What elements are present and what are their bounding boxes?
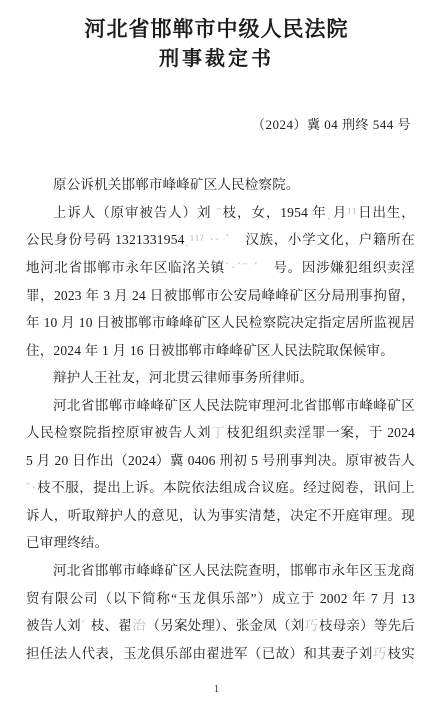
text-segment: 枝、翟 xyxy=(91,618,132,633)
text-segment: 年 10 月 10 日被邯郸市峰峰矿区人民检察院决定指定居所监视居 xyxy=(26,315,415,330)
page-number-footer: 1 xyxy=(0,684,433,695)
text-segment: 辩护人王社友，河北贯云律师事务所律师。 xyxy=(53,370,313,385)
text-segment: 日出生， xyxy=(357,205,415,220)
text-segment: 诉人，听取辩护人的意见，认为事实清楚，决定不开庭审理。现 xyxy=(26,508,415,523)
redacted-text: ˏ¹¹ˀ ·· ˋ xyxy=(185,232,232,247)
text-segment: 号。因涉嫌犯组织卖淫 xyxy=(259,260,415,275)
text-segment: 已审理终结。 xyxy=(26,535,108,550)
text-segment: 住，2024 年 1 月 16 日被邯郸市峰峰矿区人民法院取保候审。 xyxy=(26,343,394,358)
text-segment: （另案处理）、张金凤（刘 xyxy=(147,618,305,633)
document-line: 住，2024 年 1 月 16 日被邯郸市峰峰矿区人民法院取保候审。 xyxy=(26,337,415,365)
document-type-title: 刑事裁定书 xyxy=(0,46,433,72)
document-line: 被告人刘ˊ 枝、翟治（另案处理）、张金凤（刘巧枝母亲）等先后 xyxy=(26,612,415,640)
text-segment: 人民检察院指控原审被告人刘 xyxy=(26,425,211,440)
document-line: 人民检察院指控原审被告人刘丁枝犯组织卖淫罪一案，于 2024 年 xyxy=(26,419,415,447)
text-segment: 枝，女，1954 年 xyxy=(222,205,327,220)
document-line: 诉人，听取辩护人的意见，认为事实清楚，决定不开庭审理。现 xyxy=(26,502,415,530)
redacted-text: ¹¹ xyxy=(347,205,357,220)
document-line: 罪，2023 年 3 月 24 日被邯郸市公安局峰峰矿区分局刑事拘留，同 xyxy=(26,282,415,310)
document-line: 已审理终结。 xyxy=(26,529,415,557)
court-name-title: 河北省邯郸市中级人民法院 xyxy=(0,0,433,43)
document-page: 河北省邯郸市中级人民法院 刑事裁定书 （2024）冀 04 刑终 544 号 原… xyxy=(0,0,433,705)
document-line: 原公诉机关邯郸市峰峰矿区人民检察院。 xyxy=(26,171,415,199)
document-line: 年 10 月 10 日被邯郸市峰峰矿区人民检察院决定指定居所监视居 xyxy=(26,309,415,337)
text-segment: 5 月 20 日作出（2024）冀 0406 刑初 5 号刑事判决。原审被告人刘 xyxy=(26,453,415,475)
redacted-text: 巧 xyxy=(304,618,319,633)
document-line: 公民身份号码 1321331954ˏ¹¹ˀ ·· ˋ 汉族，小学文化，户籍所在 xyxy=(26,226,415,254)
text-segment: 贸有限公司（以下简称“玉龙俱乐部”）成立于 2002 年 7 月 13 日， xyxy=(26,591,415,613)
document-line: 5 月 20 日作出（2024）冀 0406 刑初 5 号刑事判决。原审被告人刘 xyxy=(26,447,415,475)
redacted-text: 巧 xyxy=(373,646,388,661)
text-segment: 河北省邯郸市峰峰矿区人民法院查明，邯郸市永年区玉龙商 xyxy=(53,563,415,578)
text-segment: 被告人刘 xyxy=(26,618,81,633)
text-segment: 河北省邯郸市峰峰矿区人民法院审理河北省邯郸市峰峰矿区 xyxy=(53,398,415,413)
redacted-text: ˊ·ˋ¨ ˊ xyxy=(225,260,259,275)
document-line: 河北省邯郸市峰峰矿区人民法院查明，邯郸市永年区玉龙商 xyxy=(26,557,415,585)
document-line: 担任法人代表，玉龙俱乐部由翟进军（已故）和其妻子刘巧枝实 xyxy=(26,640,415,668)
text-segment: 罪，2023 年 3 月 24 日被邯郸市公安局峰峰矿区分局刑事拘留，同 xyxy=(26,288,415,310)
redacted-text: 治 xyxy=(132,618,147,633)
text-segment: 公民身份号码 1321331954 xyxy=(26,232,185,247)
text-segment: 原公诉机关邯郸市峰峰矿区人民检察院。 xyxy=(53,177,300,192)
document-line: 上诉人（原审被告人）刘 ˉ枝，女，1954 年ˏ月¹¹日出生， xyxy=(26,199,415,227)
redacted-text: ˉ· xyxy=(26,480,37,495)
document-line: 河北省邯郸市峰峰矿区人民法院审理河北省邯郸市峰峰矿区 xyxy=(26,392,415,420)
redacted-text: ˉ xyxy=(211,205,222,220)
document-line: 辩护人王社友，河北贯云律师事务所律师。 xyxy=(26,364,415,392)
document-line: ˉ·枝不服，提出上诉。本院依法组成合议庭。经过阅卷，讯问上 xyxy=(26,474,415,502)
text-segment: 枝母亲）等先后 xyxy=(319,618,415,633)
text-segment: 地河北省邯郸市永年区临洺关镇 xyxy=(26,260,225,275)
text-segment: 汉族，小学文化，户籍所在 xyxy=(231,232,415,247)
text-segment: 枝不服，提出上诉。本院依法组成合议庭。经过阅卷，讯问上 xyxy=(37,480,415,495)
document-line: 地河北省邯郸市永年区临洺关镇ˊ·ˋ¨ ˊ 号。因涉嫌犯组织卖淫 xyxy=(26,254,415,282)
text-segment: 枝实 xyxy=(387,646,415,661)
text-segment: 月 xyxy=(332,205,347,220)
redacted-text: 丁 xyxy=(211,425,226,440)
text-segment: 上诉人（原审被告人）刘 xyxy=(53,205,211,220)
document-body: 原公诉机关邯郸市峰峰矿区人民检察院。上诉人（原审被告人）刘 ˉ枝，女，1954 … xyxy=(26,171,415,667)
text-segment: 担任法人代表，玉龙俱乐部由翟进军（已故）和其妻子刘 xyxy=(26,646,373,661)
redacted-text: ˊ xyxy=(81,618,91,633)
document-line: 贸有限公司（以下简称“玉龙俱乐部”）成立于 2002 年 7 月 13 日， xyxy=(26,585,415,613)
case-number: （2024）冀 04 刑终 544 号 xyxy=(0,114,433,133)
